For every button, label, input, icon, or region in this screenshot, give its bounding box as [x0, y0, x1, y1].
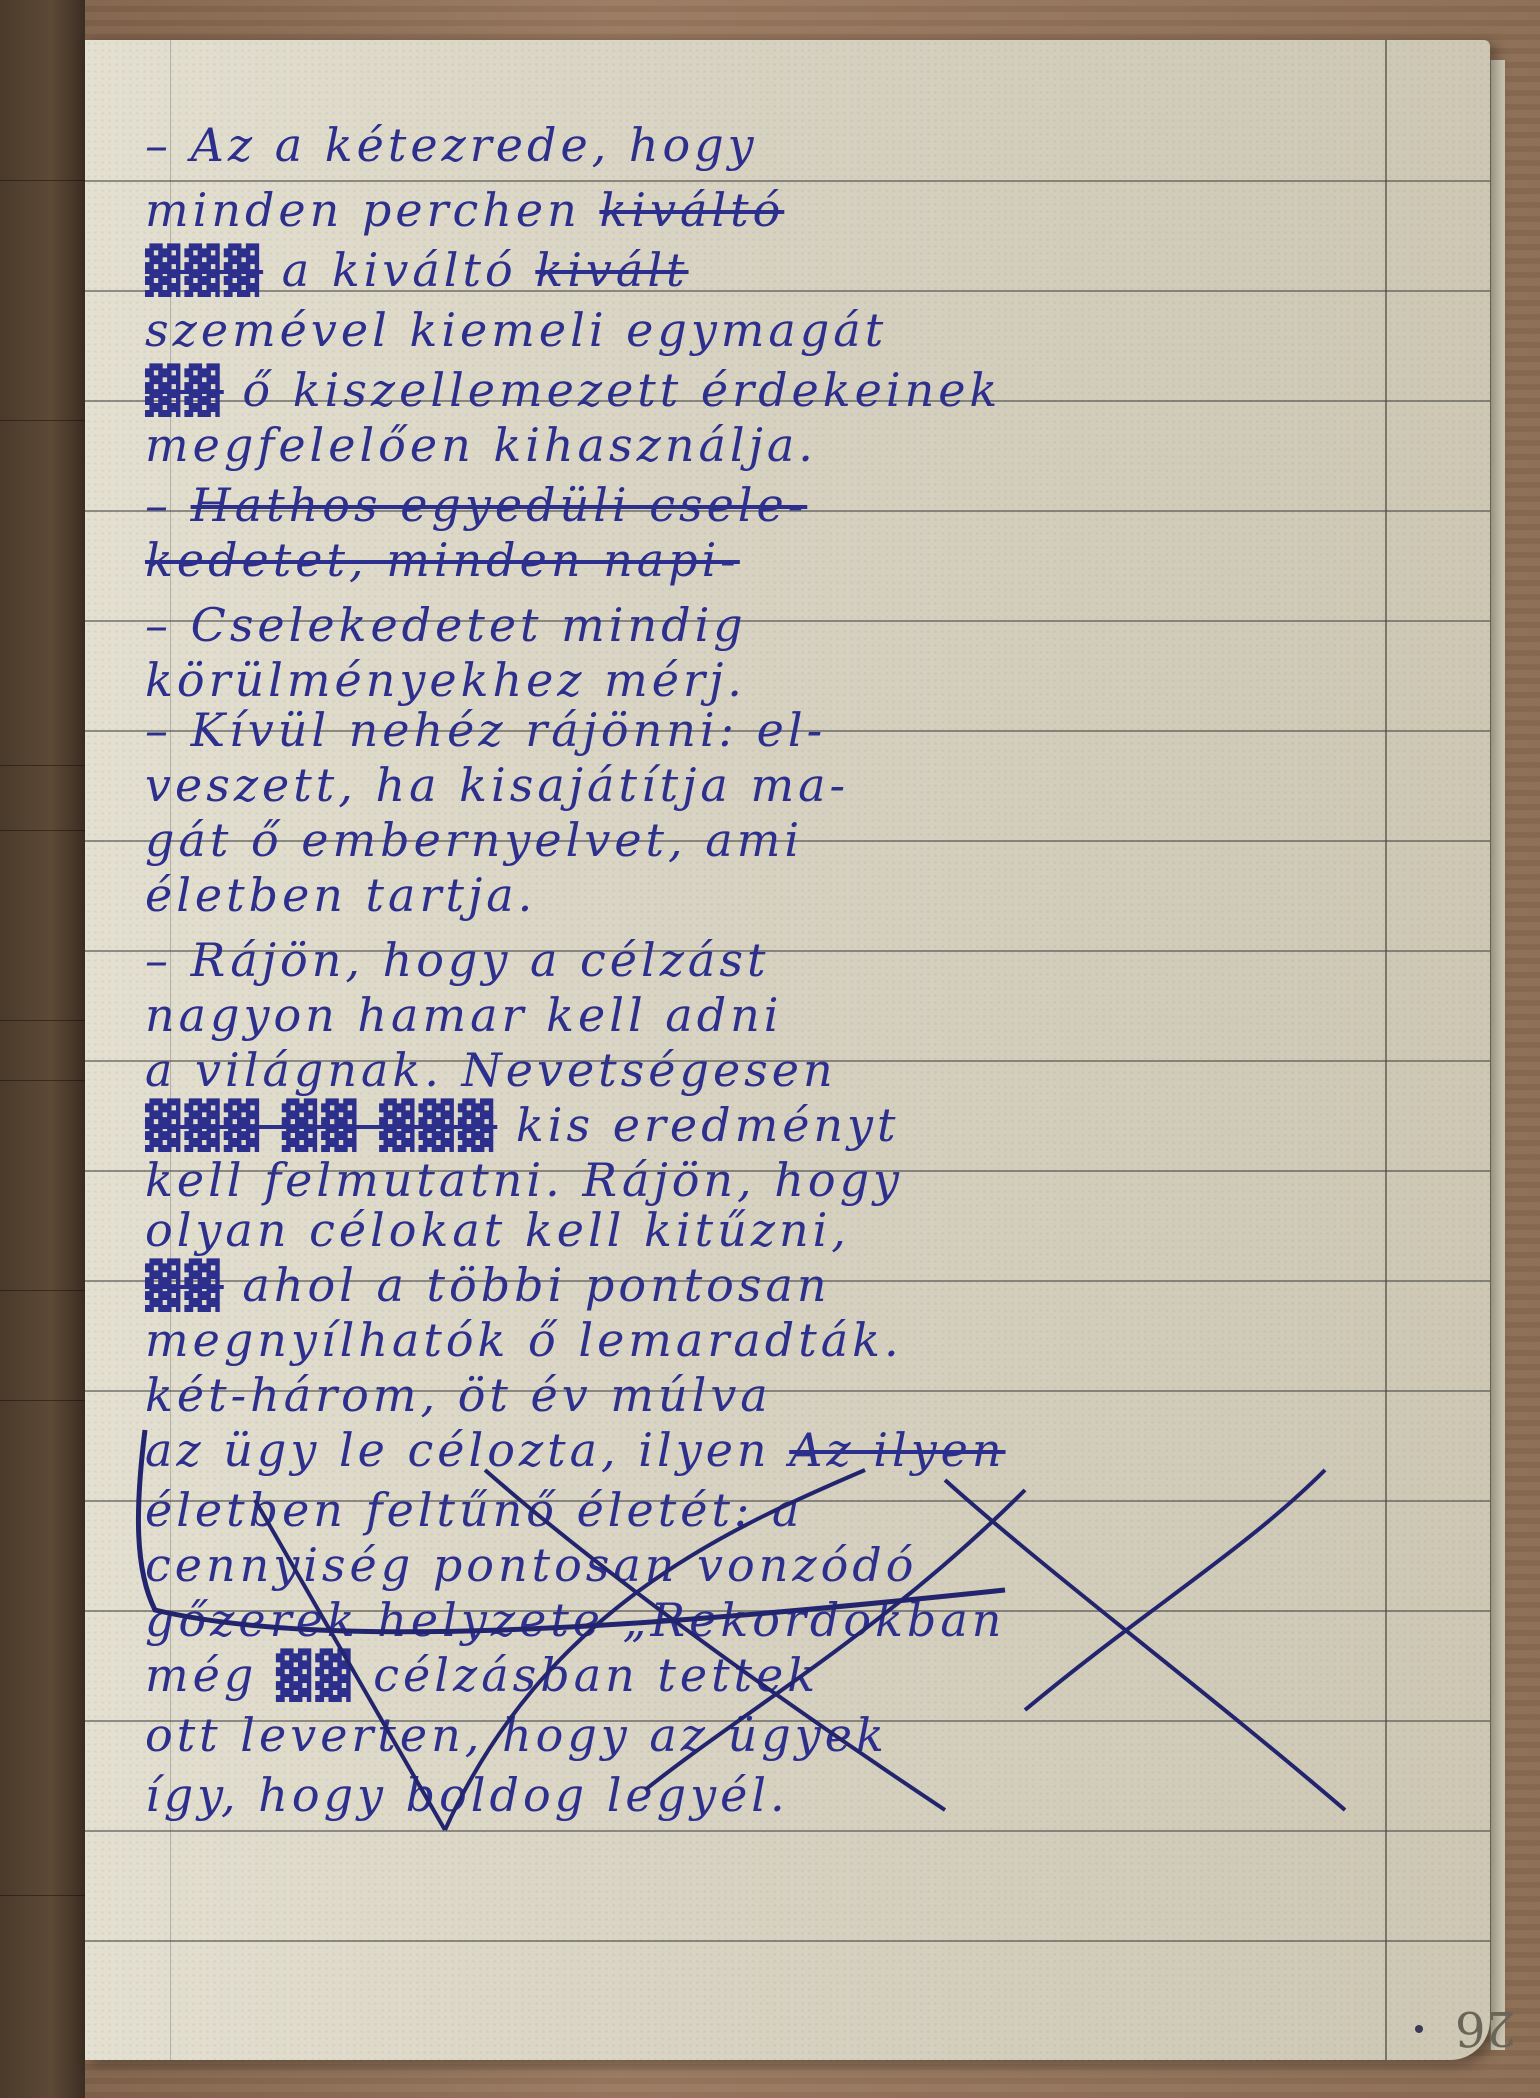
deleted-word: kiváltó	[599, 183, 784, 237]
text-line: Cselekedetet mindig	[145, 595, 747, 655]
deleted-word: Az ilyen	[789, 1423, 1005, 1477]
text-line-crossed: gőzerek helyzete „Rekordokban	[145, 1590, 1005, 1650]
deleted-word: ▓▓▓	[145, 243, 263, 297]
text-line: ▓▓ ahol a többi pontosan	[145, 1255, 831, 1315]
page-number-dot	[1415, 2025, 1423, 2033]
text-line-deleted: kedetet, minden napi-	[145, 530, 740, 590]
text-line-crossed: cennyiség pontosan vonzódó	[145, 1535, 917, 1595]
deleted-word: ▓▓	[145, 363, 224, 417]
text-line: veszett, ha kisajátítja ma-	[145, 755, 849, 815]
text-line: gát ő embernyelvet, ami	[145, 810, 803, 870]
text-line: olyan célokat kell kitűzni,	[145, 1200, 850, 1260]
text-line: Az a kétezrede, hogy	[145, 115, 758, 175]
text-line: nagyon hamar kell adni	[145, 985, 782, 1045]
handwritten-text: Az a kétezrede, hogy minden perchen kivá…	[85, 40, 1490, 2060]
text-line: ▓▓▓ ▓▓ ▓▓▓ kis eredményt	[145, 1095, 900, 1155]
deleted-word: ▓▓	[145, 1258, 224, 1312]
text-line: minden perchen kiváltó	[145, 180, 784, 240]
text-line: megnyílhatók ő lemaradták.	[145, 1310, 903, 1370]
text-line: az ügy le célozta, ilyen Az ilyen	[145, 1420, 1006, 1480]
text-line: megfelelően kihasználja.	[145, 415, 817, 475]
text-line-deleted: Hathos egyedüli csele-	[145, 475, 807, 535]
text-line: a világnak. Nevetségesen	[145, 1040, 837, 1100]
text-line-crossed: ott leverten, hogy az ügyek	[145, 1705, 888, 1765]
deleted-word: kivált	[535, 243, 688, 297]
text-line: Kívül nehéz rájönni: el-	[145, 700, 826, 760]
page-number: 26	[1455, 2000, 1516, 2056]
text-line-crossed: így, hogy boldog legyél.	[145, 1765, 789, 1825]
text-line-crossed: életben feltűnő életét: a	[145, 1480, 803, 1540]
text-line: ▓▓ ő kiszellemezett érdekeinek	[145, 360, 1001, 420]
deleted-word: ▓▓▓ ▓▓ ▓▓▓	[145, 1098, 497, 1152]
text-line: szemével kiemeli egymagát	[145, 300, 887, 360]
text-line: Rájön, hogy a célzást	[145, 930, 769, 990]
text-line: ▓▓▓ a kiváltó kivált	[145, 240, 689, 300]
previous-page-edge	[0, 0, 85, 2098]
text-line-crossed: még ▓▓ célzásban tettek	[145, 1645, 819, 1705]
stacked-page-edges	[1490, 60, 1505, 2050]
text-line: két-három, öt év múlva	[145, 1365, 772, 1425]
text-line: életben tartja.	[145, 865, 536, 925]
